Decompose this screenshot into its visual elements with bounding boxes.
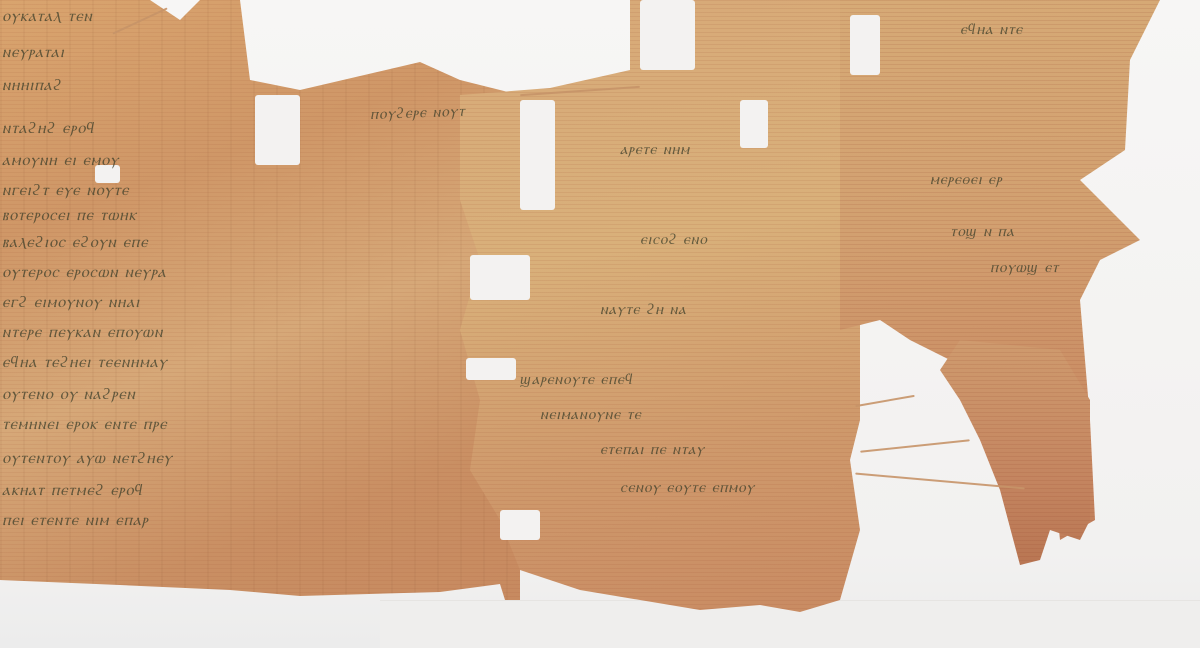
lacuna [740,100,768,148]
ink-line: ⲃⲁⲗⲉϩⲓⲟⲥ ⲉϩⲟⲩⲛ ⲉⲡⲉ [2,232,148,252]
ink-line: ⲡⲉⲓ ⲉⲧⲉⲛⲧⲉ ⲛⲓⲙ ⲉⲡⲁⲣ [2,510,149,530]
ink-line: ⲛⲉⲩⲣⲁⲧⲁⲓ [2,42,65,62]
lacuna [470,255,530,300]
ink-line: ⲉⲧⲉⲡⲁⲓ ⲡⲉ ⲛⲧⲁⲩ [600,440,705,458]
ink-line: ⲁⲣⲉⲧⲉ ⲛⲏⲙ [620,140,690,158]
ink-line: ϣⲁⲣⲉⲛⲟⲩⲧⲉ ⲉⲡⲉϥ [520,370,634,389]
ink-line: ⲟⲩⲕⲁⲧⲁⲗ ⲧⲉⲛ [2,6,93,26]
ink-line: ⲛⲧⲉⲣⲉ ⲡⲉⲩⲕⲁⲛ ⲉⲡⲟⲩⲱⲛ [2,322,163,342]
lacuna [640,0,695,70]
ink-line: ⲙⲉⲣⲉⲑⲉⲓ ⲉⲣ [930,170,1002,188]
ink-line: ⲡⲟⲩⲱϣ ⲉⲧ [990,258,1059,277]
ink-line: ⲛⲉⲓⲙⲁⲛⲟⲩⲛⲉ ⲧⲉ [540,405,642,423]
ink-line: ⲟⲩⲧⲉⲣⲟⲥ ⲉⲣⲟⲥⲱⲛ ⲛⲉⲩⲣⲁ [2,262,167,282]
ink-line: ⲛⲁⲩⲧⲉ ϩⲏ ⲛⲁ [600,300,687,319]
ink-line: ⲁⲕⲏⲁⲧ ⲡⲉⲧⲙⲉϩ ⲉⲣⲟϥ [2,480,144,500]
lacuna [520,100,555,210]
ink-line: ⲛⲅⲉⲓϩⲧ ⲉⲩⲉ ⲛⲟⲩⲧⲉ [2,180,129,200]
ink-line: ⲉϥⲏⲁ ⲛⲧⲉ [960,20,1023,39]
papyrus-photo: ⲟⲩⲕⲁⲧⲁⲗ ⲧⲉⲛ ⲛⲉⲩⲣⲁⲧⲁⲓ ⲛⲏⲏⲓⲡⲁϩ ⲛⲧⲁϩⲏϩ ⲉⲣⲟϥ… [0,0,1200,648]
lacuna [500,510,540,540]
ink-line: ⲧⲉⲙⲏⲛⲉⲓ ⲉⲣⲟⲕ ⲉⲛⲧⲉ ⲡⲣⲉ [2,414,167,434]
ink-line: ⲉϥⲏⲁ ⲧⲉϩⲏⲉⲓ ⲧⲉⲉⲛⲏⲙⲁⲩ [2,352,168,372]
lacuna [850,15,880,75]
ink-line: ⲡⲟⲩϩⲉⲣⲉ ⲛⲟⲩⲧ [370,102,466,124]
ink-line: ⲉⲅϩ ⲉⲓⲙⲟⲩⲛⲟⲩ ⲛⲏⲁⲓ [2,292,140,312]
ink-line: ⲧⲟϣ ⲛ ⲡⲁ [950,222,1015,241]
lacuna [255,95,300,165]
ink-line: ⲃⲟⲧⲉⲣⲟⲥⲉⲓ ⲡⲉ ⲧⲱⲏⲕ [2,205,137,225]
ink-line: ⲛⲧⲁϩⲏϩ ⲉⲣⲟϥ [2,118,95,138]
ink-line: ⲛⲏⲏⲓⲡⲁϩ [2,75,62,95]
ink-line: ⲉⲓⲥⲟϩ ⲉⲛⲟ [640,230,708,249]
ink-line: ⲥⲉⲛⲟⲩ ⲉⲟⲩⲧⲉ ⲉⲡⲙⲟⲩ [620,478,755,496]
ink-line: ⲁⲙⲟⲩⲛⲏ ⲉⲓ ⲉⲙⲟⲩ [2,150,119,170]
ink-line: ⲟⲩⲧⲉⲛⲧⲟⲩ ⲁⲩⲱ ⲛⲉⲧϩⲏⲉⲩ [2,448,173,468]
lacuna [466,358,516,380]
ink-line: ⲟⲩⲧⲉⲛⲟ ⲟⲩ ⲛⲁϩⲣⲉⲛ [2,384,136,404]
